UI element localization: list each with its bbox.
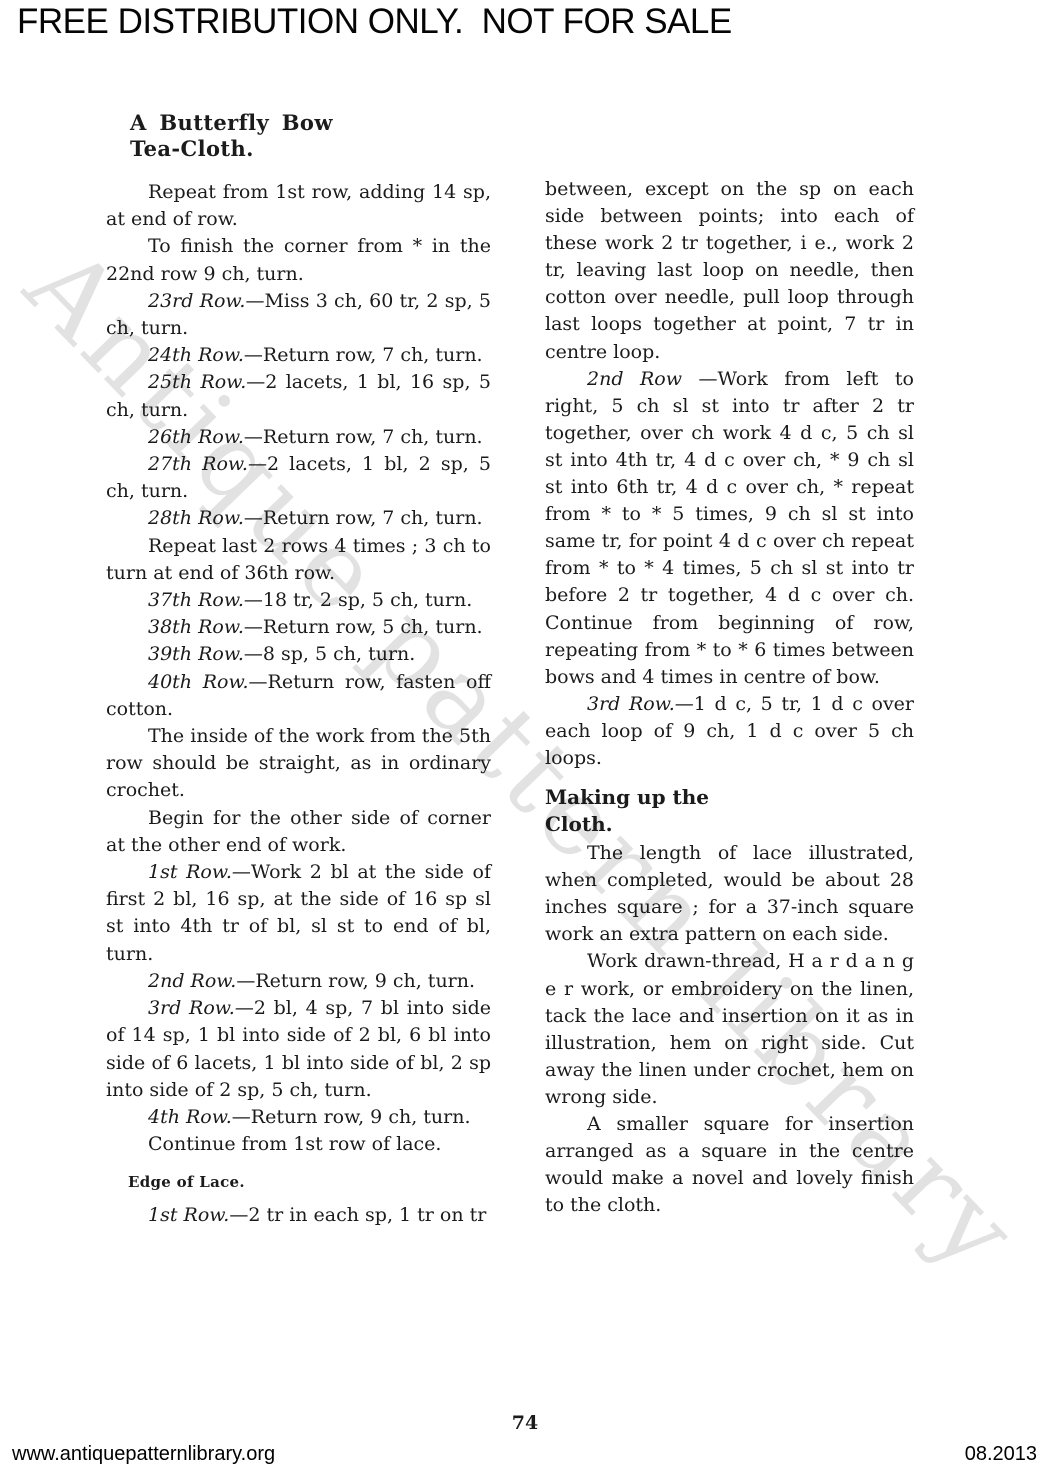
row-instruction: 23rd Row.—Miss 3 ch, 60 tr, 2 sp, 5 ch, …	[106, 288, 491, 342]
left-column: A Butterfly Bow Tea-Cloth. Repeat from 1…	[106, 110, 491, 1229]
paragraph: Work drawn-thread, H a r d a n g e r wor…	[545, 948, 914, 1111]
row-instruction: 26th Row.—Return row, 7 ch, turn.	[106, 424, 491, 451]
row-label: 40th Row.	[148, 671, 249, 693]
page-number: 74	[0, 1412, 1050, 1434]
row-instruction: 1st Row.—2 tr in each sp, 1 tr on tr	[106, 1202, 491, 1229]
section-heading: Making up the Cloth.	[545, 784, 914, 838]
row-label: 38th Row.	[148, 616, 244, 638]
paragraph: A smaller square for insertion arranged …	[545, 1111, 914, 1219]
row-label: 25th Row.	[148, 371, 246, 393]
row-label: 1st Row.	[148, 1204, 229, 1226]
row-instruction: 2nd Row.—Return row, 9 ch, turn.	[106, 968, 491, 995]
row-label: 39th Row.	[148, 643, 244, 665]
footer-date: 08.2013	[965, 1443, 1037, 1466]
row-label: 2nd Row.	[148, 970, 236, 992]
row-instruction: 24th Row.—Return row, 7 ch, turn.	[106, 342, 491, 369]
paragraph: The length of lace illustrated, when com…	[545, 840, 914, 948]
row-instruction: 1st Row.—Work 2 bl at the side of first …	[106, 859, 491, 968]
right-column: between, except on the sp on each side b…	[545, 176, 914, 1219]
footer-url: www.antiquepatternlibrary.org	[12, 1443, 275, 1466]
paragraph: between, except on the sp on each side b…	[545, 176, 914, 366]
row-label: 23rd Row.	[148, 290, 245, 312]
row-label: 37th Row.	[148, 589, 244, 611]
row-instruction: 3rd Row.—2 bl, 4 sp, 7 bl into side of 1…	[106, 995, 491, 1104]
row-instruction: 4th Row.—Return row, 9 ch, turn.	[106, 1104, 491, 1131]
row-instruction: 28th Row.—Return row, 7 ch, turn.	[106, 505, 491, 532]
row-label: 26th Row.	[148, 426, 244, 448]
row-instruction: 40th Row.—Return row, fasten off cotton.	[106, 669, 491, 723]
section-heading: Edge of Lace.	[128, 1169, 491, 1196]
row-label: 3rd Row.	[148, 997, 235, 1019]
article-title: A Butterfly Bow Tea-Cloth.	[130, 110, 491, 162]
paragraph: Repeat from 1st row, adding 14 sp, at en…	[106, 179, 491, 233]
row-label: 27th Row.	[148, 453, 248, 475]
scanned-page: { "banner": "FREE DISTRIBUTION ONLY. NOT…	[0, 0, 1050, 1483]
paragraph: Begin for the other side of corner at th…	[106, 805, 491, 859]
row-instruction: 25th Row.—2 lacets, 1 bl, 16 sp, 5 ch, t…	[106, 369, 491, 423]
row-label: 24th Row.	[148, 344, 244, 366]
row-label: 3rd Row.	[587, 693, 675, 715]
row-instruction: 3rd Row.—1 d c, 5 tr, 1 d c over each lo…	[545, 691, 914, 772]
row-label: 2nd Row	[587, 368, 682, 390]
paragraph: Repeat last 2 rows 4 times ; 3 ch to tur…	[106, 533, 491, 587]
row-instruction: 38th Row.—Return row, 5 ch, turn.	[106, 614, 491, 641]
row-label: 4th Row.	[148, 1106, 232, 1128]
row-label: 28th Row.	[148, 507, 244, 529]
row-instruction: 37th Row.—18 tr, 2 sp, 5 ch, turn.	[106, 587, 491, 614]
row-instruction: 27th Row.—2 lacets, 1 bl, 2 sp, 5 ch, tu…	[106, 451, 491, 505]
left-column-paragraphs: Repeat from 1st row, adding 14 sp, at en…	[106, 179, 491, 1229]
row-instruction: 39th Row.—8 sp, 5 ch, turn.	[106, 641, 491, 668]
free-distribution-banner: FREE DISTRIBUTION ONLY. NOT FOR SALE	[17, 2, 732, 42]
row-label: 1st Row.	[148, 861, 232, 883]
row-instruction: 2nd Row —Work from left to right, 5 ch s…	[545, 366, 914, 691]
paragraph: The inside of the work from the 5th row …	[106, 723, 491, 805]
paragraph: Continue from 1st row of lace.	[106, 1131, 491, 1158]
paragraph: To finish the corner from * in the 22nd …	[106, 233, 491, 287]
